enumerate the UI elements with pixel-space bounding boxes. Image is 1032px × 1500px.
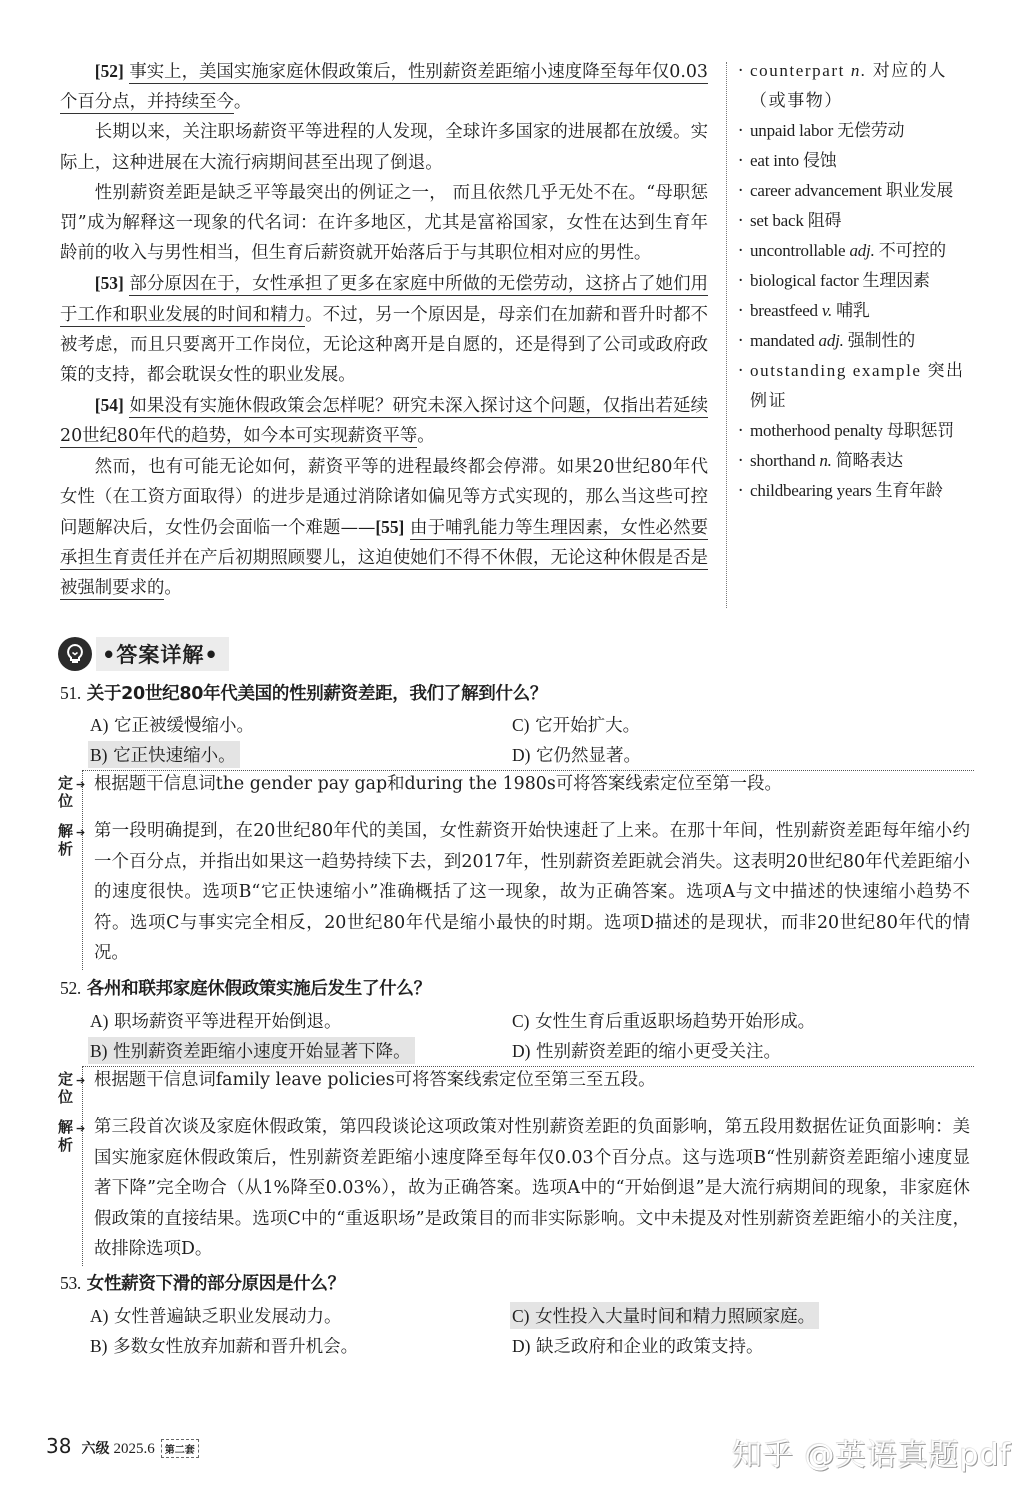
lightbulb-icon <box>58 637 92 671</box>
vocab-item: ·breastfeed v. 哺乳 <box>738 296 978 326</box>
option-label: B) <box>90 1041 108 1061</box>
option-d: D) 性别薪资差距的缩小更受关注。 <box>510 1037 785 1064</box>
vocab-pos: adj. <box>819 331 844 350</box>
locate-label: 定位 <box>58 774 76 810</box>
bullet-icon: · <box>738 146 750 176</box>
option-a: A) 职场薪资平等进程开始倒退。 <box>88 1007 346 1034</box>
vocab-term: childbearing years <box>750 481 872 500</box>
vocab-item: ·eat into 侵蚀 <box>738 146 978 176</box>
bullet-icon: · <box>738 116 750 146</box>
page-number: 38 <box>46 1434 71 1458</box>
option-text: 性别薪资差距缩小速度开始显著下降。 <box>113 1042 411 1062</box>
vocab-pos: n. <box>819 451 831 470</box>
vocab-term: breastfeed <box>750 301 818 320</box>
question-number: 52. <box>60 978 81 998</box>
bullet-icon: · <box>738 236 750 266</box>
option-c: C) 女性生育后重返职场趋势开始形成。 <box>510 1007 819 1034</box>
paragraph-53: [53] 部分原因在于，女性承担了更多在家庭中所做的无偿劳动，这挤占了她们用于工… <box>60 268 708 390</box>
option-text: 女性投入大量时间和精力照顾家庭。 <box>535 1307 815 1327</box>
question-stem: 女性薪资下滑的部分原因是什么？ <box>87 1274 345 1294</box>
vocab-item: ·career advancement 职业发展 <box>738 176 978 206</box>
vocab-item: ·shorthand n. 简略表达 <box>738 446 978 476</box>
paragraph: 长期以来，关注职场薪资平等进程的人发现，全球许多国家的进展都在放缓。实际上，这种… <box>60 117 708 177</box>
option-label: B) <box>90 745 108 765</box>
vocab-meaning: 生育年龄 <box>876 481 943 500</box>
locate-label: 定位 <box>58 1070 76 1106</box>
vocab-meaning: 简略表达 <box>836 451 903 470</box>
question-marker: [54] <box>95 395 124 415</box>
bullet-icon: · <box>738 446 750 476</box>
question-number: 53. <box>60 1273 81 1293</box>
vocab-term: biological factor <box>750 271 858 290</box>
vocab-meaning: 不可控的 <box>879 241 946 260</box>
vocab-term: career advancement <box>750 181 882 200</box>
option-label: C) <box>512 715 530 735</box>
paragraph: 性别薪资差距是缺乏平等最突出的例证之一， 而且依然几乎无处不在。“母职惩罚”成为… <box>60 178 708 269</box>
vocab-term: unpaid labor <box>750 121 833 140</box>
vocab-item: ·mandated adj. 强制性的 <box>738 326 978 356</box>
question-52-stem: 52. 各州和联邦家庭休假政策实施后发生了什么？ <box>60 975 431 1000</box>
vocab-term: motherhood penalty <box>750 421 883 440</box>
exam-date: 2025.6 <box>113 1441 154 1458</box>
option-label: A) <box>90 1011 108 1031</box>
arrow-icon: ➔ <box>76 1074 85 1087</box>
document-page: [52] 事实上，美国实施家庭休假政策后，性别薪资差距缩小速度降至每年仅0.03… <box>0 0 1032 1500</box>
paragraph-text: 。 <box>164 578 181 598</box>
bullet-icon: · <box>738 176 750 206</box>
option-label: B) <box>90 1336 108 1356</box>
vocab-meaning: 强制性的 <box>848 331 915 350</box>
analysis-text: 第三段首次谈及家庭休假政策，第四段谈论这项政策对性别薪资差距的负面影响，第五段用… <box>94 1112 970 1265</box>
option-text: 女性普遍缺乏职业发展动力。 <box>114 1307 342 1327</box>
paragraph-52: [52] 事实上，美国实施家庭休假政策后，性别薪资差距缩小速度降至每年仅0.03… <box>60 56 708 117</box>
option-a: A) 它正被缓慢缩小。 <box>88 711 258 738</box>
option-text: 它正被缓慢缩小。 <box>114 716 254 736</box>
vocab-pos: n. <box>851 61 867 80</box>
vocab-meaning: 职业发展 <box>886 181 953 200</box>
option-text: 多数女性放弃加薪和晋升机会。 <box>113 1337 358 1357</box>
option-d: D) 它仍然显著。 <box>510 741 645 768</box>
bullet-icon: · <box>738 296 750 326</box>
locate-text: 根据题干信息词the gender pay gap和during the 198… <box>94 769 970 800</box>
option-b-correct: B) 性别薪资差距缩小速度开始显著下降。 <box>88 1037 415 1064</box>
locate-text: 根据题干信息词family leave policies可将答案线索定位至第三至… <box>94 1065 970 1096</box>
exam-set-badge: 第二套 <box>161 1439 199 1458</box>
option-label: A) <box>90 1306 108 1326</box>
vocab-item: ·uncontrollable adj. 不可控的 <box>738 236 978 266</box>
vocab-term: uncontrollable <box>750 241 845 260</box>
exam-level: 六级 <box>81 1438 109 1458</box>
option-text: 它仍然显著。 <box>536 746 641 766</box>
column-divider <box>726 62 727 608</box>
bullet-icon: · <box>738 416 750 446</box>
vocab-meaning: 无偿劳动 <box>837 121 904 140</box>
vocab-item: ·motherhood penalty 母职惩罚 <box>738 416 978 446</box>
vocabulary-list: ·counterpart n. 对应的人（或事物） ·unpaid labor … <box>738 56 978 506</box>
bullet-icon: · <box>738 206 750 236</box>
option-label: D) <box>512 1336 530 1356</box>
option-c: C) 它开始扩大。 <box>510 711 644 738</box>
vocab-pos: adj. <box>849 241 874 260</box>
option-b: B) 多数女性放弃加薪和晋升机会。 <box>88 1332 362 1359</box>
question-53-stem: 53. 女性薪资下滑的部分原因是什么？ <box>60 1270 345 1295</box>
analysis-text: 第一段明确提到，在20世纪80年代的美国，女性薪资开始快速赶了上来。在那十年间，… <box>94 816 970 969</box>
question-stem: 各州和联邦家庭休假政策实施后发生了什么？ <box>87 979 431 999</box>
explanation-border <box>82 770 83 970</box>
bullet-icon: · <box>738 356 750 416</box>
section-heading: •答案详解• <box>58 636 229 672</box>
vocab-meaning: 母职惩罚 <box>887 421 954 440</box>
vocab-meaning: 哺乳 <box>836 301 870 320</box>
question-marker: [52] <box>95 61 124 81</box>
question-marker: [53] <box>95 273 124 293</box>
bullet-icon: · <box>738 476 750 506</box>
option-text: 它开始扩大。 <box>535 716 640 736</box>
bullet-icon: · <box>738 326 750 356</box>
option-label: C) <box>512 1306 530 1326</box>
bullet-icon: · <box>738 266 750 296</box>
vocab-term: shorthand <box>750 451 815 470</box>
option-text: 职场薪资平等进程开始倒退。 <box>114 1012 342 1032</box>
vocab-term: set back <box>750 211 804 230</box>
analysis-label: 解析 <box>58 822 76 858</box>
section-title: •答案详解• <box>96 637 229 671</box>
page-footer: 38 六级 2025.6 第二套 <box>46 1434 199 1458</box>
vocab-item: ·biological factor 生理因素 <box>738 266 978 296</box>
arrow-icon: ➔ <box>76 1122 85 1135</box>
paragraph-text: 。 <box>417 426 434 446</box>
paragraph-text: 。 <box>234 92 251 112</box>
option-label: A) <box>90 715 108 735</box>
option-d: D) 缺乏政府和企业的政策支持。 <box>510 1332 768 1359</box>
option-text: 女性生育后重返职场趋势开始形成。 <box>535 1012 815 1032</box>
vocab-term: mandated <box>750 331 814 350</box>
underlined-sentence: 如果没有实施休假政策会怎样呢？研究未深入探讨这个问题，仅指出若延续20世纪80年… <box>60 396 708 448</box>
bullet-icon: · <box>738 56 750 116</box>
vocab-item: ·childbearing years 生育年龄 <box>738 476 978 506</box>
paragraph-55: 然而，也有可能无论如何，薪资平等的进程最终都会停滞。如果20世纪80年代女性（在… <box>60 452 708 604</box>
vocab-item: ·counterpart n. 对应的人（或事物） <box>738 56 978 116</box>
analysis-label: 解析 <box>58 1118 76 1154</box>
option-b-correct: B) 它正快速缩小。 <box>88 741 240 768</box>
option-c-correct: C) 女性投入大量时间和精力照顾家庭。 <box>510 1302 819 1329</box>
question-number: 51. <box>60 683 81 703</box>
vocab-term: counterpart <box>750 61 845 80</box>
vocab-term: eat into <box>750 151 799 170</box>
option-a: A) 女性普遍缺乏职业发展动力。 <box>88 1302 346 1329</box>
option-text: 它正快速缩小。 <box>113 746 236 766</box>
vocab-item: ·set back 阻碍 <box>738 206 978 236</box>
watermark: 知乎 @英语真题pdf <box>732 1430 1011 1474</box>
vocab-pos: v. <box>822 301 832 320</box>
question-51-stem: 51. 关于20世纪80年代美国的性别薪资差距，我们了解到什么？ <box>60 680 547 705</box>
vocab-item: ·unpaid labor 无偿劳动 <box>738 116 978 146</box>
arrow-icon: ➔ <box>76 778 85 791</box>
vocab-meaning: 侵蚀 <box>803 151 837 170</box>
option-text: 性别薪资差距的缩小更受关注。 <box>536 1042 781 1062</box>
option-label: D) <box>512 745 530 765</box>
option-text: 缺乏政府和企业的政策支持。 <box>536 1337 764 1357</box>
question-stem: 关于20世纪80年代美国的性别薪资差距，我们了解到什么？ <box>87 684 547 704</box>
vocab-term: outstanding example <box>750 361 922 380</box>
vocab-meaning: 生理因素 <box>863 271 930 290</box>
underlined-sentence: 事实上，美国实施家庭休假政策后，性别薪资差距缩小速度降至每年仅0.03个百分点，… <box>60 62 708 114</box>
option-label: D) <box>512 1041 530 1061</box>
option-label: C) <box>512 1011 530 1031</box>
vocab-item: ·outstanding example 突出例证 <box>738 356 978 416</box>
vocab-meaning: 阻碍 <box>808 211 842 230</box>
arrow-icon: ➔ <box>76 826 85 839</box>
passage-translation: [52] 事实上，美国实施家庭休假政策后，性别薪资差距缩小速度降至每年仅0.03… <box>60 56 708 604</box>
question-marker: [55] <box>375 517 404 537</box>
paragraph-54: [54] 如果没有实施休假政策会怎样呢？研究未深入探讨这个问题，仅指出若延续20… <box>60 390 708 451</box>
explanation-border <box>82 1066 83 1266</box>
